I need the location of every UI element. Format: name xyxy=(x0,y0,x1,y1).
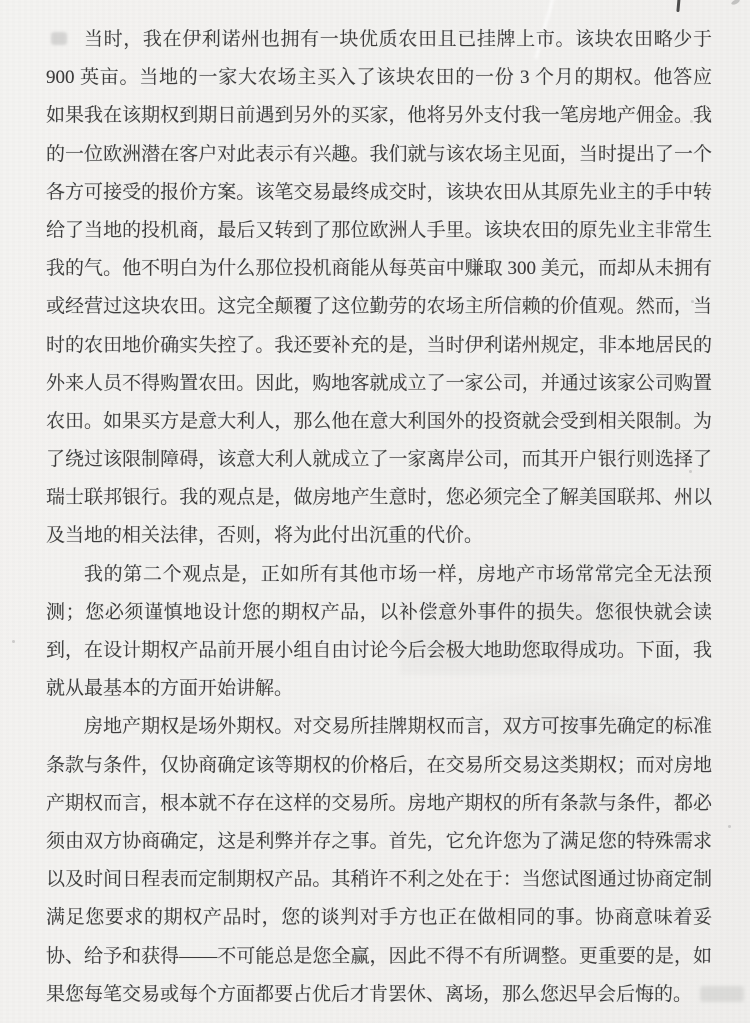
text-line: 满足您要求的期权产品时，您的谈判对手方也正在做相同的事。协商意味着妥 xyxy=(46,899,712,937)
text-line: 我的第二个观点是，正如所有其他市场一样，房地产市场常常完全无法预 xyxy=(46,556,712,594)
text-line: 及当地的相关法律，否则，将为此付出沉重的代价。 xyxy=(46,517,712,555)
text-line: 到，在设计期权产品前开展小组自由讨论今后会极大地助您取得成功。下面，我 xyxy=(46,632,712,670)
text-line: 产期权而言，根本就不存在这样的交易所。房地产期权的所有条款与条件，都必 xyxy=(46,785,712,823)
text-line: 的一位欧洲潜在客户对此表示有兴趣。我们就与该农场主见面，当时提出了一个 xyxy=(46,136,712,174)
text-line: 以及时间日程表而定制期权产品。其稍许不利之处在于：当您试图通过协商定制 xyxy=(46,861,712,899)
body-text: 当时，我在伊利诺州也拥有一块优质农田且已挂牌上市。该块农田略少于900 英亩。当… xyxy=(46,21,712,1014)
text-line: 果您每笔交易或每个方面都要占优后才肯罢休、离场，那么您迟早会后悔的。 xyxy=(46,976,712,1014)
paragraph: 房地产期权是场外期权。对交易所挂牌期权而言，双方可按事先确定的标准条款与条件，仅… xyxy=(46,708,712,1014)
text-line: 条款与条件，仅协商确定该等期权的价格后，在交易所交易这类期权；而对房地 xyxy=(46,747,712,785)
text-line: 900 英亩。当地的一家大农场主买入了该块农田的一份 3 个月的期权。他答应我， xyxy=(46,59,712,97)
text-line: 房地产期权是场外期权。对交易所挂牌期权而言，双方可按事先确定的标准 xyxy=(46,708,712,746)
text-line: 时的农田地价确实失控了。我还要补充的是，当时伊利诺州规定，非本地居民的 xyxy=(46,327,712,365)
paragraph: 我的第二个观点是，正如所有其他市场一样，房地产市场常常完全无法预测；您必须谨慎地… xyxy=(46,556,712,709)
text-line: 或经营过这块农田。这完全颠覆了这位勤劳的农场主所信赖的价值观。然而，当 xyxy=(46,288,712,326)
scan-mark-top-right-faint xyxy=(731,0,741,6)
text-line: 瑞士联邦银行。我的观点是，做房地产生意时，您必须完全了解美国联邦、州以 xyxy=(46,479,712,517)
text-line: 外来人员不得购置农田。因此，购地客就成立了一家公司，并通过该家公司购置 xyxy=(46,365,712,403)
scan-speck xyxy=(728,825,731,828)
text-line: 须由双方协商确定，这是利弊并存之事。首先，它允许您为了满足您的特殊需求 xyxy=(46,823,712,861)
text-line: 农田。如果买方是意大利人，那么他在意大利国外的投资就会受到相关限制。为 xyxy=(46,403,712,441)
text-line: 如果我在该期权到期日前遇到另外的买家，他将另外支付我一笔房地产佣金。我 xyxy=(46,97,712,135)
scan-speck xyxy=(12,640,15,643)
text-line: 就从最基本的方面开始讲解。 xyxy=(46,670,712,708)
text-line: 了绕过该限制障碍，该意大利人就成立了一家离岸公司，而其开户银行则选择了 xyxy=(46,441,712,479)
text-line: 协、给予和获得——不可能总是您全赢，因此不得不有所调整。更重要的是，如 xyxy=(46,938,712,976)
text-line: 我的气。他不明白为什么那位投机商能从每英亩中赚取 300 美元，而却从未拥有 xyxy=(46,250,712,288)
text-line: 测；您必须谨慎地设计您的期权产品，以补偿意外事件的损失。您很快就会读 xyxy=(46,594,712,632)
scan-mark-top-right xyxy=(676,0,680,12)
paragraph: 当时，我在伊利诺州也拥有一块优质农田且已挂牌上市。该块农田略少于900 英亩。当… xyxy=(46,21,712,556)
text-line: 给了当地的投机商，最后又转到了那位欧洲人手里。该块农田的原先业主非常生 xyxy=(46,212,712,250)
scanned-page: 当时，我在伊利诺州也拥有一块优质农田且已挂牌上市。该块农田略少于900 英亩。当… xyxy=(0,0,750,1023)
text-line: 各方可接受的报价方案。该笔交易最终成交时，该块农田从其原先业主的手中转 xyxy=(46,174,712,212)
text-line: 当时，我在伊利诺州也拥有一块优质农田且已挂牌上市。该块农田略少于 xyxy=(46,21,712,59)
